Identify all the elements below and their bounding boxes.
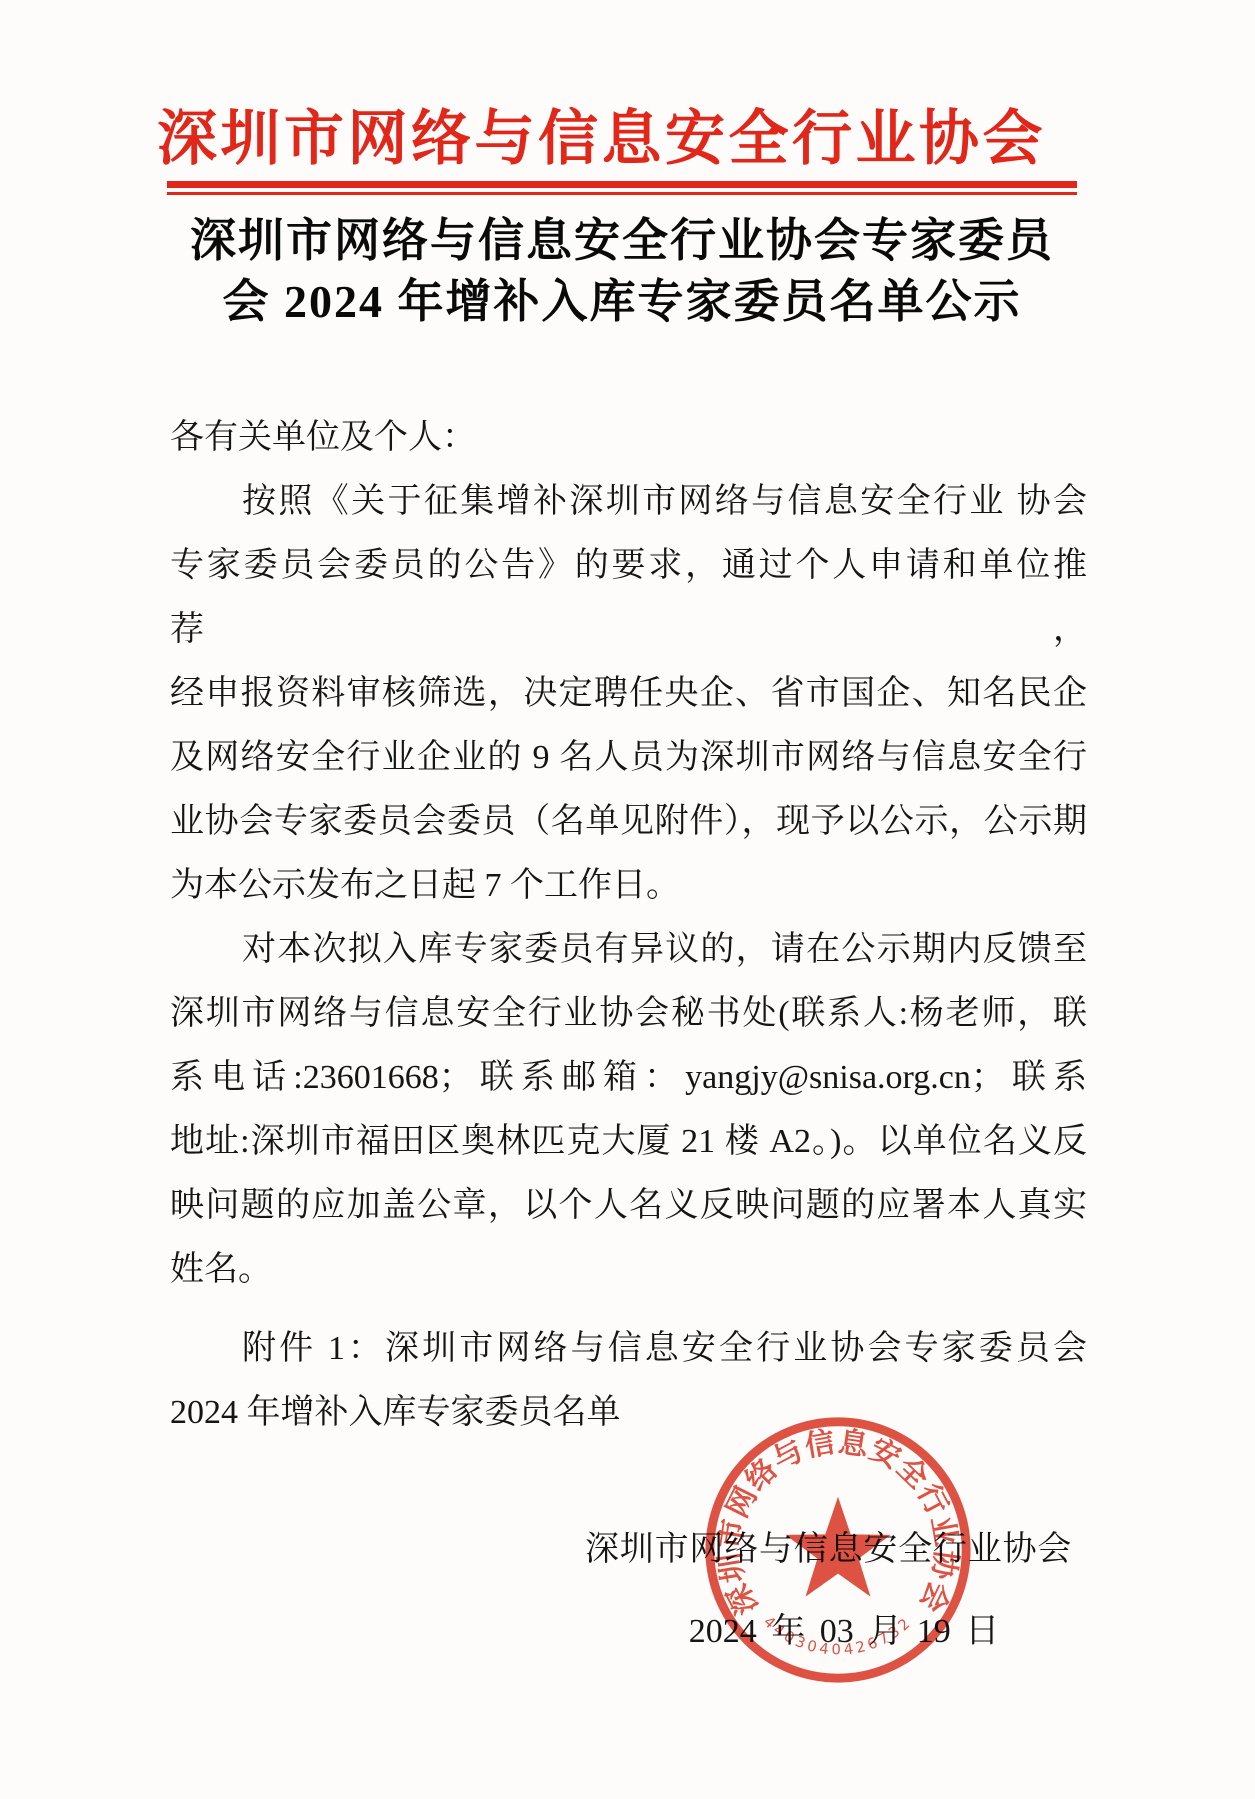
seal-number: 4403040426732 [760, 1613, 916, 1658]
text-line: 附件 1：深圳市网络与信息安全行业协会专家委员会 [170, 1317, 1087, 1381]
text-line: 专家委员会委员的公告》的要求，通过个人申请和单位推荐， [170, 534, 1087, 662]
document-title-line1: 深圳市网络与信息安全行业协会专家委员 [157, 210, 1087, 271]
document-page: 深圳市网络与信息安全行业协会 深圳市网络与信息安全行业协会专家委员 会 2024… [0, 0, 1255, 1799]
text-line: 地址:深圳市福田区奥林匹克大厦 21 楼 A2。)。以单位名义反 [170, 1110, 1087, 1174]
document-title-line2: 会 2024 年增补入库专家委员名单公示 [157, 271, 1087, 332]
text-line: 深圳市网络与信息安全行业协会秘书处(联系人:杨老师，联 [170, 982, 1087, 1046]
text-line: 业协会专家委员会委员（名单见附件），现予以公示，公示期 [170, 790, 1087, 854]
official-red-seal: 深圳市网络与信息安全行业协会 4403040426732 [700, 1412, 976, 1688]
document-title: 深圳市网络与信息安全行业协会专家委员 会 2024 年增补入库专家委员名单公示 [157, 210, 1087, 332]
text-line: 对本次拟入库专家委员有异议的，请在公示期内反馈至 [170, 918, 1087, 982]
seal-star-icon [785, 1497, 890, 1597]
text-line: 经申报资料审核筛选，决定聘任央企、省市国企、知名民企 [170, 662, 1087, 726]
letterhead-rule-thick [167, 181, 1077, 188]
text-line: 映问题的应加盖公章，以个人名义反映问题的应署本人真实 [170, 1174, 1087, 1238]
text-line: 按照《关于征集增补深圳市网络与信息安全行业 协会 [170, 470, 1087, 534]
text-line: 及网络安全行业企业的 9 名人员为深圳市网络与信息安全行 [170, 726, 1087, 790]
text-line: 姓名。 [170, 1238, 1087, 1302]
text-line: 各有关单位及个人： [170, 406, 1087, 470]
text-line: 系电话:23601668；联系邮箱：yangjy@snisa.org.cn；联系 [170, 1046, 1087, 1110]
letterhead-rule-thin [167, 192, 1077, 195]
body-text: 各有关单位及个人：按照《关于征集增补深圳市网络与信息安全行业 协会专家委员会委员… [170, 406, 1087, 1302]
letterhead-org-name: 深圳市网络与信息安全行业协会 [157, 104, 1097, 174]
text-line: 为本公示发布之日起 7 个工作日。 [170, 854, 1087, 918]
